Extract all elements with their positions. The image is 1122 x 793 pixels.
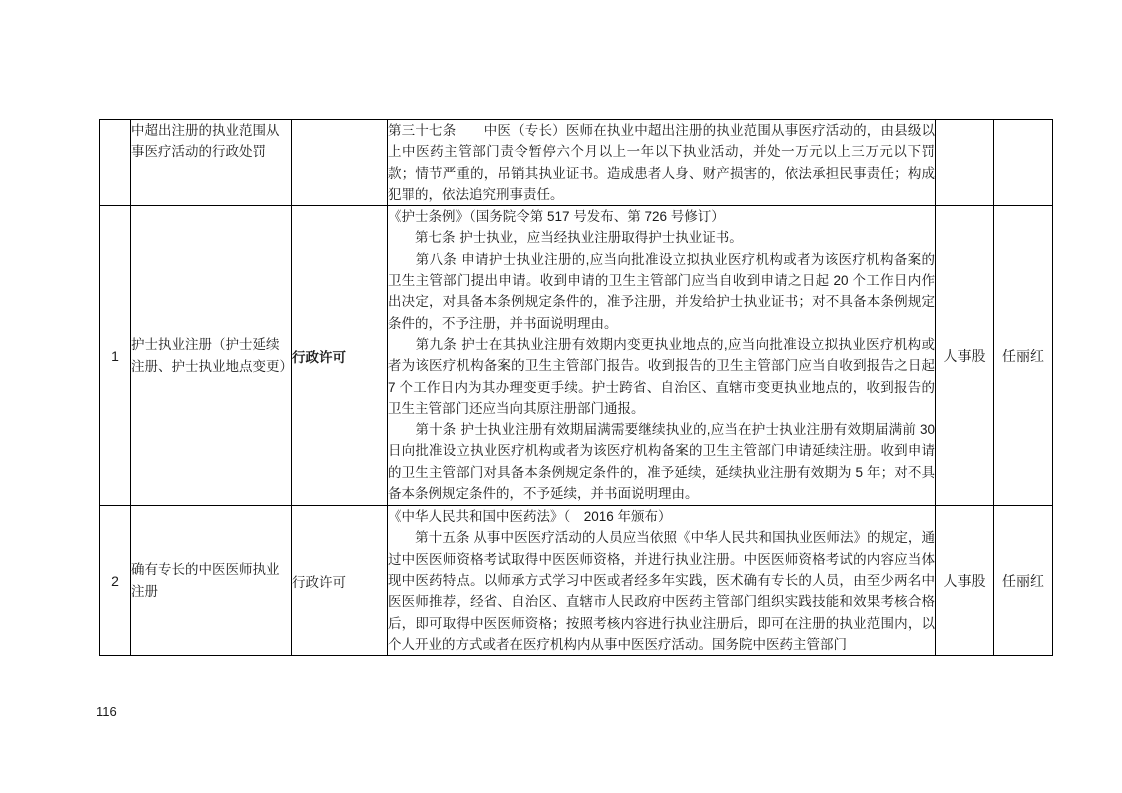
regulation-table: 中超出注册的执业范围从事医疗活动的行政处罚 第三十七条 中医（专长）医师在执业中…	[99, 119, 1053, 656]
cell-item-name: 护士执业注册（护士延续注册、护士执业地点变更）	[131, 206, 292, 506]
cell-department: 人事股	[936, 506, 994, 656]
cell-sequence-number: 1	[100, 206, 131, 506]
cell-item-name: 确有专长的中医医师执业注册	[131, 506, 292, 656]
cell-category: 行政许可	[292, 206, 388, 506]
table-row: 中超出注册的执业范围从事医疗活动的行政处罚 第三十七条 中医（专长）医师在执业中…	[100, 120, 1053, 206]
cell-sequence-number	[100, 120, 131, 206]
page-number: 116	[96, 704, 117, 719]
cell-responsible: 任丽红	[994, 506, 1053, 656]
cell-category: 行政许可	[292, 506, 388, 656]
cell-legal-basis: 《中华人民共和国中医药法》（ 2016 年颁布） 第十五条 从事中医医疗活动的人…	[388, 506, 936, 656]
cell-item-name: 中超出注册的执业范围从事医疗活动的行政处罚	[131, 120, 292, 206]
cell-department: 人事股	[936, 206, 994, 506]
document-page: { "page": { "number": "116" }, "colors":…	[0, 0, 1122, 793]
cell-responsible: 任丽红	[994, 206, 1053, 506]
cell-responsible	[994, 120, 1053, 206]
table-row: 1 护士执业注册（护士延续注册、护士执业地点变更） 行政许可 《护士条例》（国务…	[100, 206, 1053, 506]
cell-legal-basis: 第三十七条 中医（专长）医师在执业中超出注册的执业范围从事医疗活动的，由县级以上…	[388, 120, 936, 206]
cell-sequence-number: 2	[100, 506, 131, 656]
table-row: 2 确有专长的中医医师执业注册 行政许可 《中华人民共和国中医药法》（ 2016…	[100, 506, 1053, 656]
cell-department	[936, 120, 994, 206]
cell-legal-basis: 《护士条例》（国务院令第 517 号发布、第 726 号修订） 第七条 护士执业…	[388, 206, 936, 506]
cell-category	[292, 120, 388, 206]
